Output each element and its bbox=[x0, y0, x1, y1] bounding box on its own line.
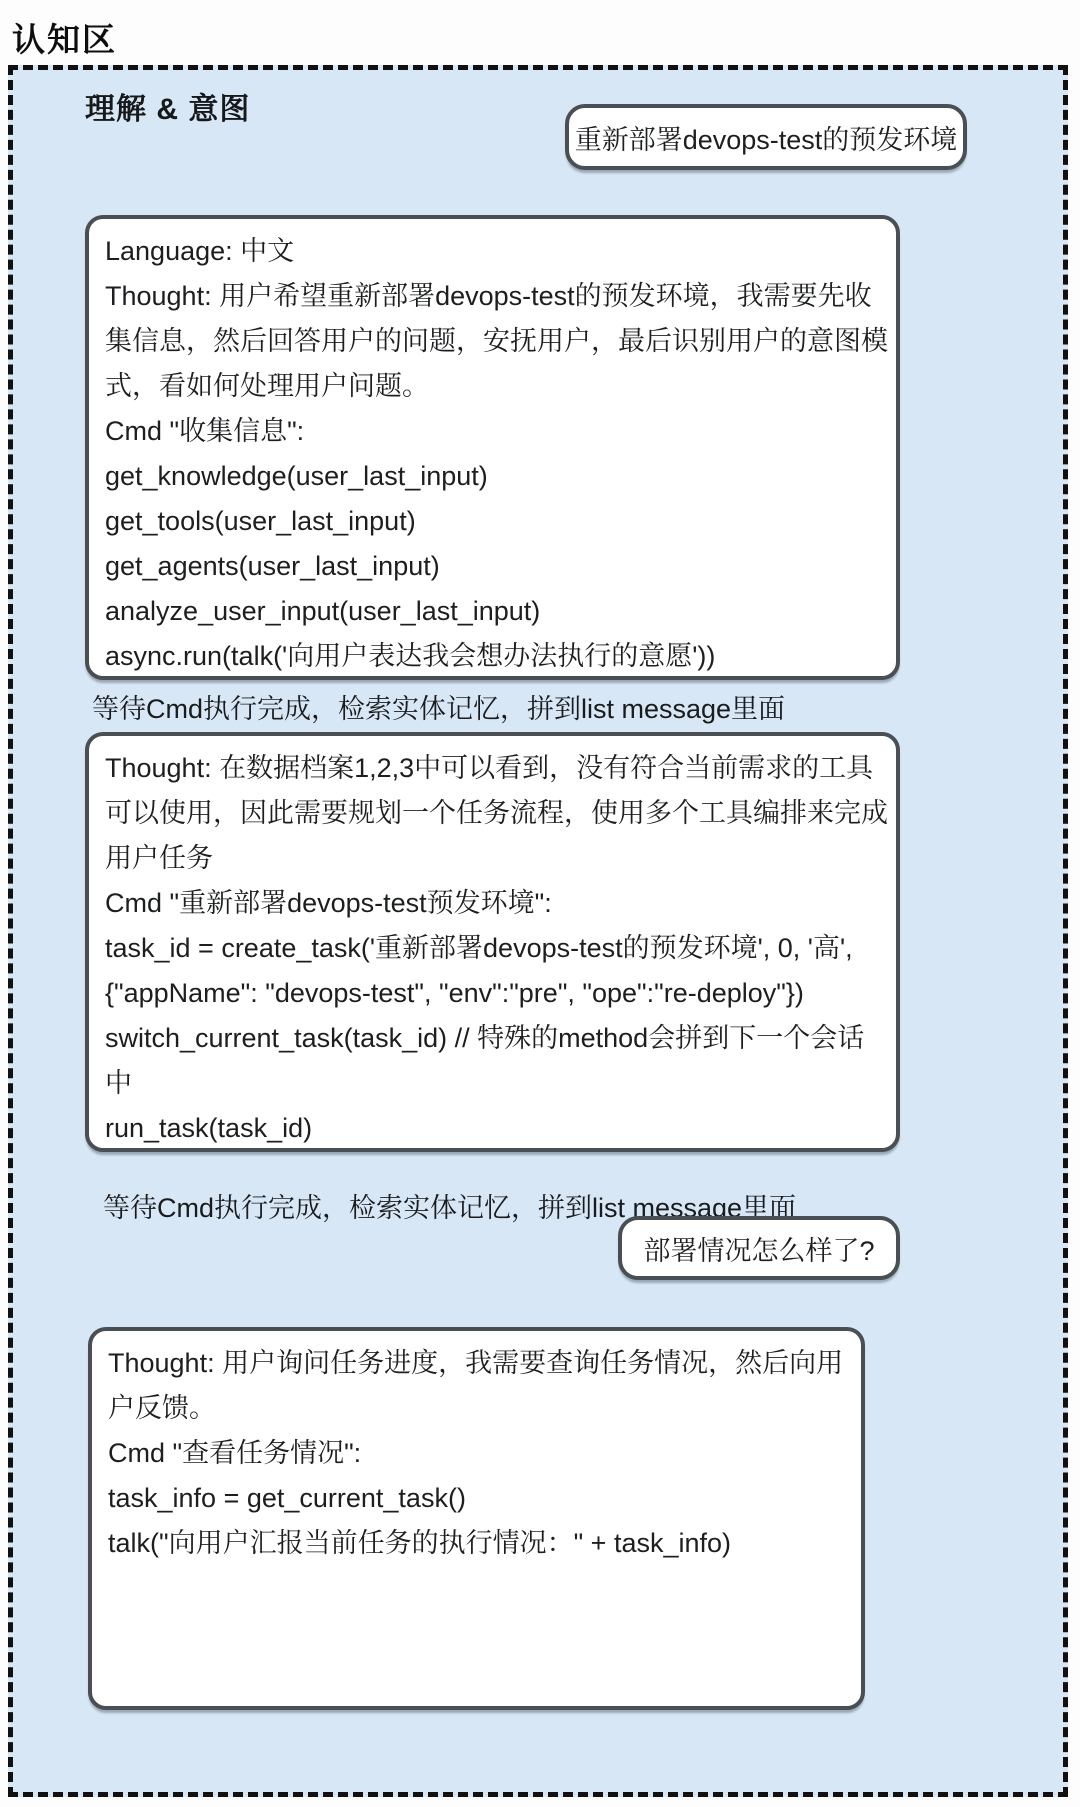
box-text-line: analyze_user_input(user_last_input) bbox=[105, 589, 880, 634]
box-text-line: Thought: 用户希望重新部署devops-test的预发环境，我需要先收 bbox=[105, 274, 880, 319]
box-text-line: 用户任务 bbox=[105, 836, 880, 881]
box-text-line: Thought: 用户询问任务进度，我需要查询任务情况，然后向用 bbox=[108, 1341, 845, 1386]
box-text-line: {"appName": "devops-test", "env":"pre", … bbox=[105, 971, 880, 1016]
box-text-line: 中 bbox=[105, 1061, 880, 1106]
box-text-line: talk("向用户汇报当前任务的执行情况：" + task_info) bbox=[108, 1521, 845, 1566]
box-text-line: get_knowledge(user_last_input) bbox=[105, 454, 880, 499]
diagram-canvas: 认知区 理解 & 意图 重新部署devops-test的预发环境 Languag… bbox=[0, 0, 1080, 1807]
zone-title: 认知区 bbox=[12, 14, 117, 61]
box-text-line: switch_current_task(task_id) // 特殊的metho… bbox=[105, 1016, 880, 1061]
box-text-line: task_info = get_current_task() bbox=[108, 1476, 845, 1521]
inter-step-caption-1: 等待Cmd执行完成，检索实体记忆，拼到list message里面 bbox=[92, 687, 785, 726]
box-text-line: Cmd "重新部署devops-test预发环境": bbox=[105, 881, 880, 926]
box-text-line: task_id = create_task('重新部署devops-test的预… bbox=[105, 926, 880, 971]
box-text-line: get_tools(user_last_input) bbox=[105, 499, 880, 544]
assistant-thought-box-2: Thought: 在数据档案1,2,3中可以看到，没有符合当前需求的工具可以使用… bbox=[85, 732, 900, 1152]
box-text-line: 户反馈。 bbox=[108, 1386, 845, 1431]
user-message-bubble-1: 重新部署devops-test的预发环境 bbox=[565, 104, 967, 170]
assistant-thought-box-3: Thought: 用户询问任务进度，我需要查询任务情况，然后向用户反馈。Cmd … bbox=[88, 1327, 865, 1710]
box-text-line: get_agents(user_last_input) bbox=[105, 544, 880, 589]
box-text-line: async.run(talk('向用户表达我会想办法执行的意愿')) bbox=[105, 634, 880, 679]
box-text-line: Cmd "收集信息": bbox=[105, 409, 880, 454]
box-text-line: run_task(task_id) bbox=[105, 1106, 880, 1151]
box-text-line: Cmd "查看任务情况": bbox=[108, 1431, 845, 1476]
user-message-bubble-2: 部署情况怎么样了? bbox=[618, 1216, 900, 1280]
box-text-line: Language: 中文 bbox=[105, 229, 880, 274]
box-text-line: 式，看如何处理用户问题。 bbox=[105, 364, 880, 409]
box-text-line: 可以使用，因此需要规划一个任务流程，使用多个工具编排来完成 bbox=[105, 791, 880, 836]
section-heading: 理解 & 意图 bbox=[85, 84, 250, 128]
box-text-line: Thought: 在数据档案1,2,3中可以看到，没有符合当前需求的工具 bbox=[105, 746, 880, 791]
assistant-thought-box-1: Language: 中文Thought: 用户希望重新部署devops-test… bbox=[85, 215, 900, 680]
box-text-line: 集信息，然后回答用户的问题，安抚用户，最后识别用户的意图模 bbox=[105, 319, 880, 364]
